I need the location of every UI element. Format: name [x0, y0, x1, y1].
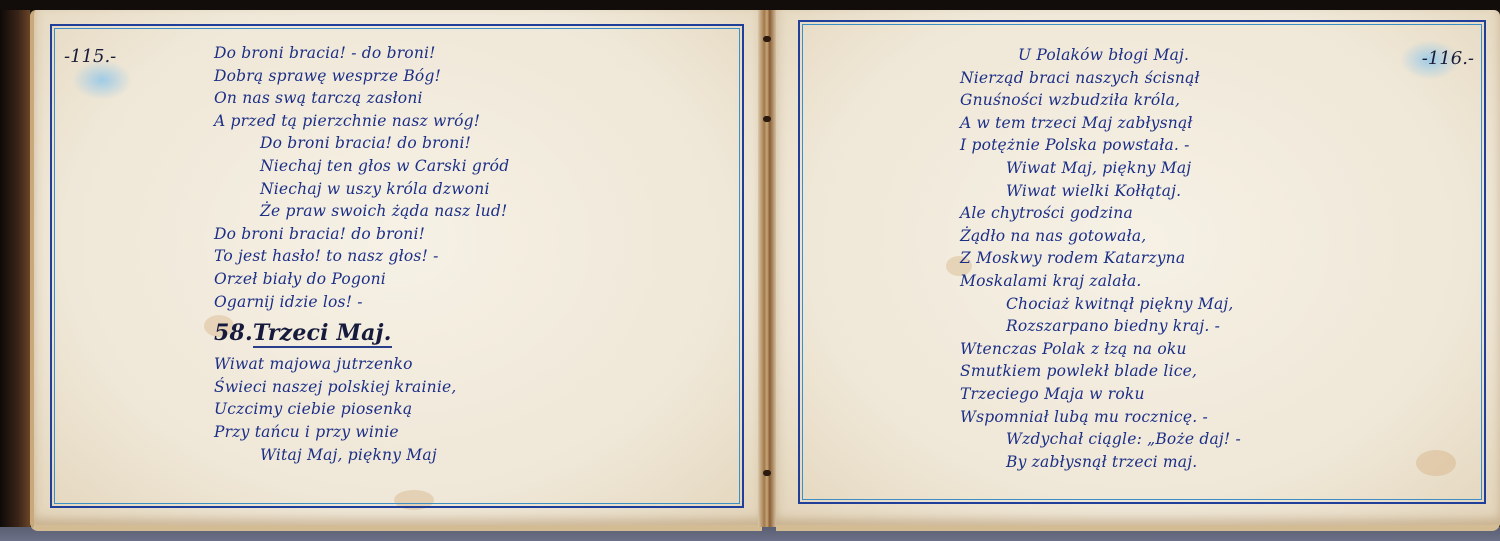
- poem-line: By zabłysnął trzeci maj.: [960, 451, 1241, 474]
- poem-line: Witaj Maj, piękny Maj: [214, 444, 509, 467]
- poem-line: Nierząd braci naszych ścisnął: [960, 67, 1241, 90]
- poem-line: Gnuśności wzbudziła króla,: [960, 89, 1241, 112]
- page-number: -116.-: [1422, 48, 1474, 69]
- poem-line: Wzdychał ciągle: „Boże daj! -: [960, 428, 1241, 451]
- poem-line: Uczcimy ciebie piosenką: [214, 398, 509, 421]
- song-title-text: Trzeci Maj.: [253, 320, 392, 348]
- poem-line: On nas swą tarczą zasłoni: [214, 87, 509, 110]
- book-gutter: [758, 10, 776, 527]
- poem-line: To jest hasło! to nasz głos! -: [214, 245, 509, 268]
- poem-line: Przy tańcu i przy winie: [214, 421, 509, 444]
- book-edge: [0, 10, 30, 527]
- poem-line: Że praw swoich żąda nasz lud!: [214, 200, 509, 223]
- poem-line: Do broni bracia! do broni!: [214, 132, 509, 155]
- poem-line: Niechaj w uszy króla dzwoni: [214, 178, 509, 201]
- poem-text: Do broni bracia! - do broni! Dobrą spraw…: [214, 42, 509, 466]
- poem-line: Dobrą sprawę wesprze Bóg!: [214, 65, 509, 88]
- poem-line: Do broni bracia! - do broni!: [214, 42, 509, 65]
- poem-line: Chociaż kwitnął piękny Maj,: [960, 293, 1241, 316]
- poem-line: Rozszarpano biedny kraj. -: [960, 315, 1241, 338]
- binding-stitch: [763, 470, 771, 476]
- poem-line: Orzeł biały do Pogoni: [214, 268, 509, 291]
- poem-line: Ale chytrości godzina: [960, 202, 1241, 225]
- poem-line: U Polaków błogi Maj.: [960, 44, 1241, 67]
- poem-line: Trzeciego Maja w roku: [960, 383, 1241, 406]
- poem-line: Do broni bracia! do broni!: [214, 223, 509, 246]
- poem-line: A przed tą pierzchnie nasz wróg!: [214, 110, 509, 133]
- left-page: -115.- Do broni bracia! - do broni! Dobr…: [30, 10, 762, 531]
- poem-line: Moskalami kraj zalała.: [960, 270, 1241, 293]
- song-number: 58.: [214, 320, 253, 346]
- poem-line: Wiwat Maj, piękny Maj: [960, 157, 1241, 180]
- poem-line: Świeci naszej polskiej krainie,: [214, 376, 509, 399]
- poem-line: Wiwat majowa jutrzenko: [214, 353, 509, 376]
- page-number: -115.-: [64, 46, 116, 67]
- poem-line: Ogarnij idzie los! -: [214, 291, 509, 314]
- poem-line: Z Moskwy rodem Katarzyna: [960, 247, 1241, 270]
- poem-line: Wspomniał lubą mu rocznicę. -: [960, 406, 1241, 429]
- binding-stitch: [763, 36, 771, 42]
- background-top: [0, 0, 1500, 10]
- right-page: -116.- U Polaków błogi Maj. Nierząd brac…: [776, 10, 1500, 531]
- poem-text: U Polaków błogi Maj. Nierząd braci naszy…: [960, 44, 1241, 473]
- binding-stitch: [763, 116, 771, 122]
- poem-line: Wtenczas Polak z łzą na oku: [960, 338, 1241, 361]
- poem-line: Niechaj ten głos w Carski gród: [214, 155, 509, 178]
- poem-line: I potężnie Polska powstała. -: [960, 134, 1241, 157]
- poem-line: Wiwat wielki Kołłątaj.: [960, 180, 1241, 203]
- song-title: 58.Trzeci Maj.: [214, 313, 509, 353]
- poem-line: A w tem trzeci Maj zabłysnął: [960, 112, 1241, 135]
- poem-line: Smutkiem powlekł blade lice,: [960, 360, 1241, 383]
- poem-line: Żądło na nas gotowała,: [960, 225, 1241, 248]
